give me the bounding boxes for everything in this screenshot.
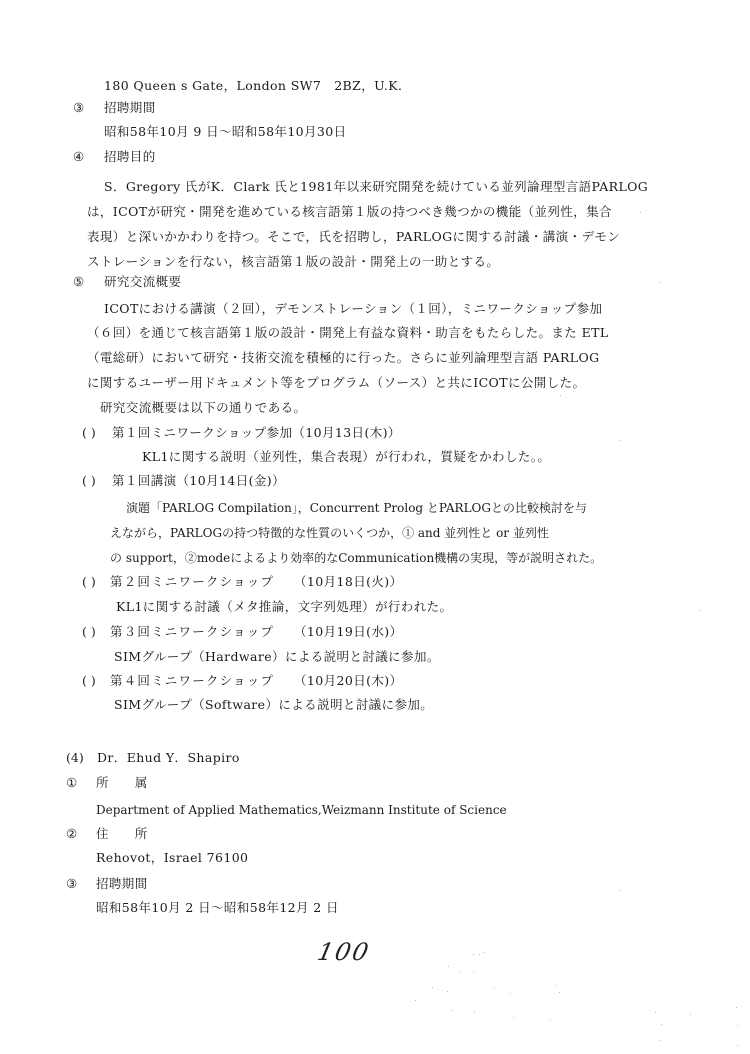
heading-address: 住 所 bbox=[96, 826, 148, 842]
event-title: 第４回ミニワークショップ bbox=[110, 673, 274, 689]
summary-line-5: 研究交流概要は以下の通りである。 bbox=[100, 400, 306, 416]
purpose-line-4: ストレーションを行ない，核言語第１版の設計・開発上の一助とする。 bbox=[87, 254, 499, 270]
heading-exchange-summary: 研究交流概要 bbox=[104, 274, 181, 290]
event-marker: ( ) bbox=[82, 574, 96, 590]
heading-affiliation: 所 属 bbox=[96, 775, 148, 791]
page-number: 100 bbox=[315, 938, 373, 966]
heading-invitation-purpose: 招聘目的 bbox=[104, 149, 156, 165]
summary-line-4: に関するユーザー用ドキュメント等をプログラム（ソース）と共にICOTに公開した。 bbox=[87, 375, 585, 391]
invitee-name: Dr．Ehud Y．Shapiro bbox=[97, 750, 240, 766]
heading-invitation-period: 招聘期間 bbox=[96, 876, 148, 892]
event-marker: ( ) bbox=[82, 425, 96, 441]
summary-line-3: （電総研）において研究・技術交流を積極的に行った。さらに並列論理型言語 PARL… bbox=[87, 350, 600, 366]
event-marker: ( ) bbox=[82, 473, 96, 489]
item-marker-5: ⑤ bbox=[73, 274, 84, 290]
event-description: の support，②modeによるより効率的なCommunication機構の… bbox=[110, 550, 602, 566]
heading-invitation-period: 招聘期間 bbox=[104, 100, 156, 116]
address-text: Rehovot，Israel 76100 bbox=[96, 850, 248, 866]
affiliation-text: Department of Applied Mathematics,Weizma… bbox=[96, 802, 507, 818]
summary-line-1: ICOTにおける講演（２回），デモンストレーション（１回），ミニワークショップ参… bbox=[104, 301, 602, 317]
address-line: 180 Queen s Gate，London SW7 2BZ，U.K. bbox=[104, 78, 402, 94]
event-description: SIMグループ（Software）による説明と討議に参加。 bbox=[114, 697, 433, 713]
summary-line-2: （６回）を通じて核言語第１版の設計・開発上有益な資料・助言をもたらした。また E… bbox=[87, 325, 609, 341]
event-description: SIMグループ（Hardware）による説明と討議に参加。 bbox=[114, 649, 440, 665]
event-title: 第１回ミニワークショップ参加（10月13日(木)） bbox=[112, 425, 401, 441]
section-marker-4: (4) bbox=[66, 750, 84, 766]
purpose-line-1: S．Gregory 氏がK．Clark 氏と1981年以来研究開発を続けている並… bbox=[104, 179, 648, 195]
event-description: えながら，PARLOGの持つ特徴的な性質のいくつか，① and 並列性と or … bbox=[110, 525, 549, 541]
event-title: 第２回ミニワークショップ bbox=[110, 574, 274, 590]
item-marker-2: ② bbox=[66, 826, 77, 842]
event-marker: ( ) bbox=[82, 624, 96, 640]
event-date: （10月19日(水)） bbox=[294, 624, 402, 640]
item-marker-4: ④ bbox=[73, 149, 84, 165]
purpose-line-2: は，ICOTが研究・開発を進めている核言語第１版の持つべき幾つかの機能（並列性，… bbox=[87, 204, 612, 220]
purpose-line-3: 表現）と深いかかわりを持つ。そこで，氏を招聘し，PARLOGに関する討議・講演・… bbox=[87, 229, 620, 245]
event-description: 演題「PARLOG Compilation」，Concurrent Prolog… bbox=[126, 500, 587, 516]
invitation-period-text: 昭和58年10月 2 日〜昭和58年12月 2 日 bbox=[96, 900, 339, 916]
event-marker: ( ) bbox=[82, 673, 96, 689]
event-date: （10月18日(火)） bbox=[294, 574, 402, 590]
event-title: 第１回講演（10月14日(金)） bbox=[112, 473, 285, 489]
document-page: 180 Queen s Gate，London SW7 2BZ，U.K. ③ 招… bbox=[0, 0, 750, 1054]
event-date: （10月20日(木)） bbox=[294, 673, 402, 689]
invitation-period-text: 昭和58年10月 9 日〜昭和58年10月30日 bbox=[104, 124, 347, 140]
event-description: KL1に関する討議（メタ推論，文字列処理）が行われた。 bbox=[116, 599, 452, 615]
item-marker-3: ③ bbox=[73, 100, 84, 116]
item-marker-3: ③ bbox=[66, 876, 77, 892]
event-title: 第３回ミニワークショップ bbox=[110, 624, 274, 640]
item-marker-1: ① bbox=[66, 775, 77, 791]
event-description: KL1に関する説明（並列性，集合表現）が行われ，質疑をかわした。。 bbox=[142, 449, 550, 465]
